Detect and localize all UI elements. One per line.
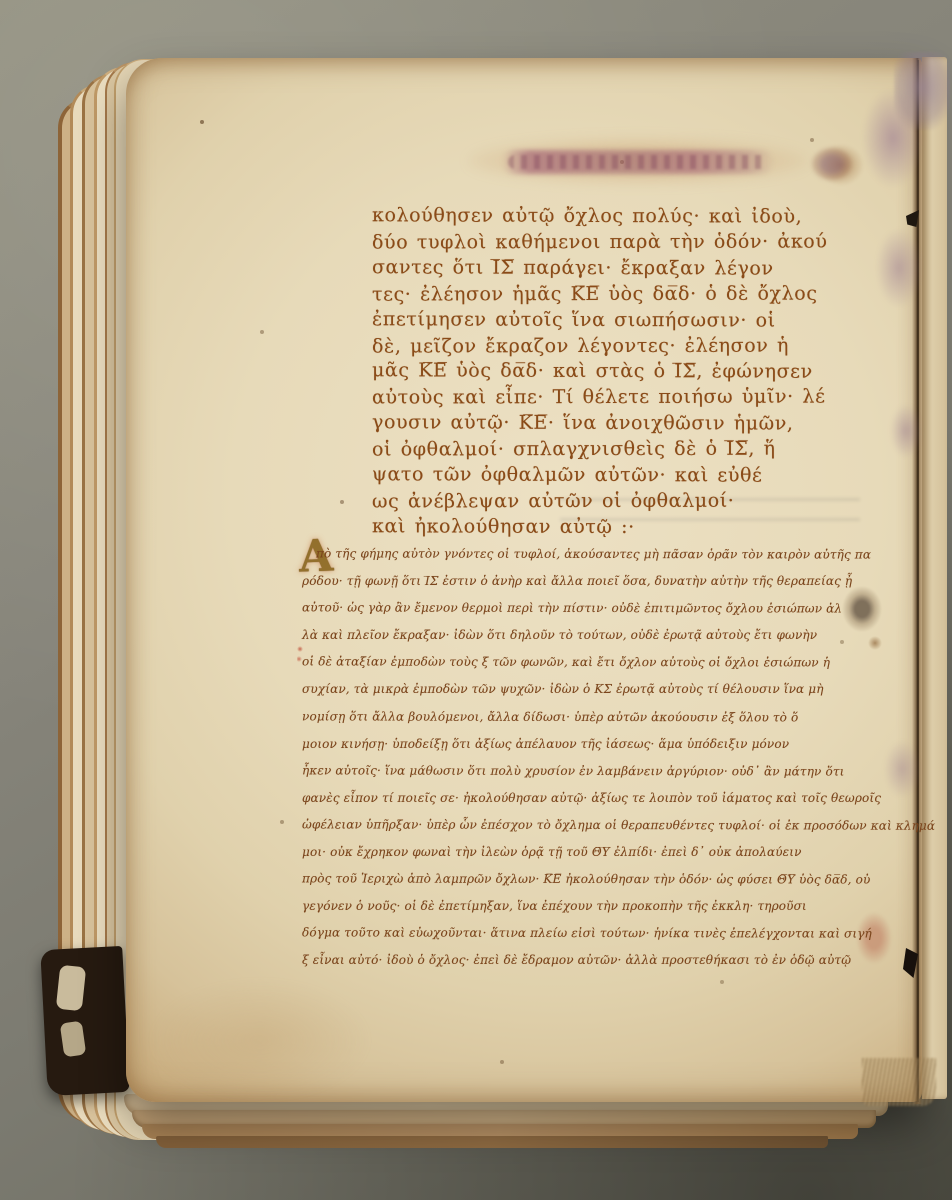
gospel-text-line: κολούθησεν αὐτῷ ὄχλος πολύς· καὶ ἰδοὺ, xyxy=(372,203,838,230)
commentary-line: ξ εἶναι αὐτό· ἰδοὺ ὁ ὄχλος· ἐπεὶ δὲ ἔδρα… xyxy=(302,947,894,974)
gospel-text-line: σαντες ὅτι Ι̅Σ̅ παράγει· ἔκραξαν λέγον xyxy=(372,255,838,282)
mold-stain xyxy=(890,404,922,458)
commentary-line: πὸ τῆς φήμης αὐτὸν γνόντες οἱ τυφλοί, ἀκ… xyxy=(302,540,894,568)
manuscript-photo: κολούθησεν αὐτῷ ὄχλος πολύς· καὶ ἰδοὺ, δ… xyxy=(0,0,952,1200)
commentary-line: αὐτοῦ· ὡς γὰρ ἂν ἔμενον θερμοὶ περὶ τὴν … xyxy=(302,595,894,623)
commentary-line: συχίαν, τὰ μικρὰ ἐμποδὼν τῶν ψυχῶν· ἰδὼν… xyxy=(302,676,894,703)
faded-rubric-letters xyxy=(508,155,768,169)
gospel-text-line: καὶ ἠκολούθησαν αὐτῷ :· xyxy=(372,514,838,541)
commentary-line: οἱ δὲ ἀταξίαν ἐμποδὼν τοὺς ξ τῶν φωνῶν, … xyxy=(302,649,894,677)
leather-cover-corner xyxy=(40,946,130,1096)
worn-parchment-patch xyxy=(56,965,86,1011)
facing-page-sliver xyxy=(922,57,947,1099)
gospel-text-line: τες· ἐλέησον ἡμᾶς Κ̅Ε̅ ὑὸς δα̅δ· ὁ δὲ ὄχ… xyxy=(372,281,838,308)
gospel-text-line: ἐπετίμησεν αὐτοῖς ἵνα σιωπήσωσιν· οἱ xyxy=(372,307,838,334)
gospel-text-line: μᾶς Κ̅Ε̅ ὑὸς δα̅δ· καὶ στὰς ὁ Ι̅Σ̅, ἐφών… xyxy=(372,359,838,386)
gospel-text-line: οἱ ὀφθαλμοί· σπλαγχνισθεὶς δὲ ὁ Ι̅Σ̅, ἥ xyxy=(372,437,838,464)
commentary-line: γεγόνεν ὁ νοῦς· οἱ δὲ ἐπετίμηξαν, ἵνα ἐπ… xyxy=(302,893,894,920)
worn-parchment-patch xyxy=(60,1021,87,1058)
commentary-line: πρὸς τοῦ Ἰεριχὼ ἀπὸ λαμπρῶν ὄχλων· Κ̅Ε̅ … xyxy=(302,866,894,894)
commentary-line: μοιον κινήσῃ· ὑποδείξῃ ὅτι ἀξίως ἀπέλαυο… xyxy=(302,731,894,758)
commentary-line: μοι· οὐκ ἔχρηκον φωναὶ τὴν ἰλεὼν ὁρᾷ τῇ … xyxy=(302,839,894,866)
gospel-text-block: κολούθησεν αὐτῷ ὄχλος πολύς· καὶ ἰδοὺ, δ… xyxy=(372,204,838,541)
gospel-text-line: αὐτοὺς καὶ εἶπε· Τί θέλετε ποιήσω ὑμῖν· … xyxy=(372,385,838,412)
commentary-line: ὠφέλειαν ὑπῆρξαν· ὑπὲρ ὧν ἐπέσχον τὸ ὄχλ… xyxy=(302,811,894,839)
commentary-line: ρόδου· τῇ φωνῇ ὅτι Ι̅Σ̅ ἐστιν ὁ ἀνὴρ καὶ… xyxy=(302,568,894,595)
gospel-text-line: δὲ, μεῖζον ἔκραζον λέγοντες· ἐλέησον ἡ xyxy=(372,333,838,360)
commentary-line: λὰ καὶ πλεῖον ἔκραξαν· ἰδὼν ὅτι δηλοῦν τ… xyxy=(302,622,894,649)
gospel-text-line: ως ἀνέβλεψαν αὐτῶν οἱ ὀφθαλμοί· xyxy=(372,488,838,515)
faded-rubric-blob xyxy=(810,146,854,182)
gospel-text-line: δύο τυφλοὶ καθήμενοι παρὰ τὴν ὁδόν· ἀκού xyxy=(372,229,838,256)
parchment-toning xyxy=(150,980,370,1100)
ink-specks xyxy=(200,120,204,124)
mold-stain xyxy=(876,228,922,308)
gospel-text-line: γουσιν αὐτῷ· Κ̅Ε̅· ἵνα ἀνοιχθῶσιν ἡμῶν, xyxy=(372,411,838,438)
spine-tail-fringe xyxy=(862,1058,936,1106)
gospel-text-line: ψατο τῶν ὀφθαλμῶν αὐτῶν· καὶ εὐθέ xyxy=(372,462,838,489)
commentary-block: πὸ τῆς φήμης αὐτὸν γνόντες οἱ τυφλοί, ἀκ… xyxy=(302,541,894,975)
commentary-line: δόγμα τοῦτο καὶ εὐωχοῦνται· ἅτινα πλείω … xyxy=(302,920,894,948)
commentary-line: νομίσῃ ὅτι ἄλλα βουλόμενοι, ἄλλα δίδωσι·… xyxy=(302,703,894,731)
mold-stain xyxy=(862,88,924,188)
bottom-page-edges xyxy=(156,1136,828,1148)
commentary-line: φανὲς εἶπον τί ποιεῖς σε· ἠκολούθησαν αὐ… xyxy=(302,785,894,812)
commentary-line: ἧκεν αὐτοῖς· ἵνα μάθωσιν ὅτι πολὺ χρυσίο… xyxy=(302,757,894,785)
